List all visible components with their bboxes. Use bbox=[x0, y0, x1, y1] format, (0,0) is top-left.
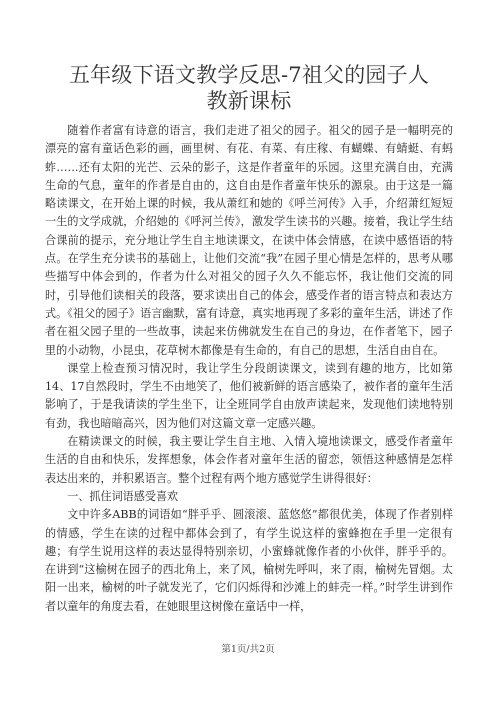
document-title: 五年级下语文教学反思-7祖父的园子人教新课标 bbox=[60, 62, 438, 114]
page-number: 第1页/共2页 bbox=[0, 641, 496, 655]
paragraph: 文中许多ABB的词语如“胖乎乎、圆滚滚、蓝悠悠”都很优美，体现了作者别样的情感，… bbox=[45, 506, 453, 616]
paragraph: 随着作者富有诗意的语言，我们走进了祖父的园子。祖父的园子是一幅明亮的漂亮的富有童… bbox=[45, 122, 453, 360]
paragraph: 课堂上检查预习情况时，我让学生分段朗读课文，读到有趣的地方，比如第14、17自然… bbox=[45, 360, 453, 433]
paragraph: 在精读课文的时候，我主要让学生自主地、入情入境地读课文，感受作者童年生活的自由和… bbox=[45, 433, 453, 488]
document-body: 随着作者富有诗意的语言，我们走进了祖父的园子。祖父的园子是一幅明亮的漂亮的富有童… bbox=[45, 122, 453, 616]
section-heading: 一、抓住词语感受喜欢 bbox=[45, 488, 453, 506]
